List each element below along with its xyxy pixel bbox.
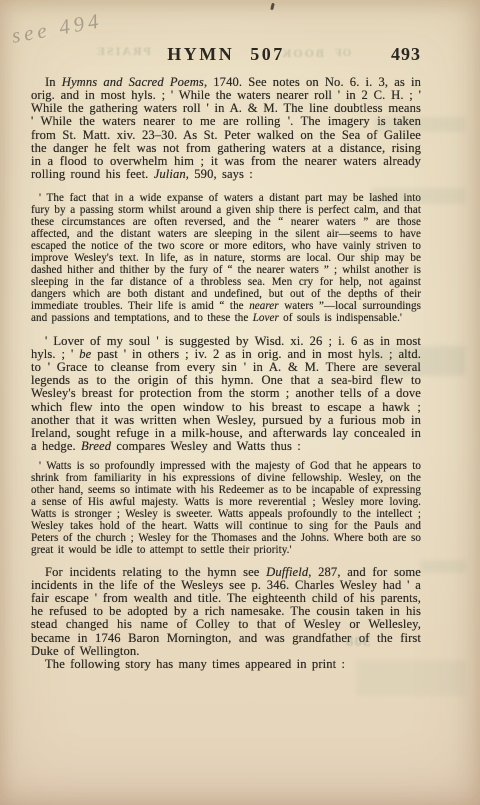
text-segment: compares Wesley and Watts thus : — [111, 439, 301, 453]
text-segment: Lover — [253, 312, 279, 324]
text-segment: In — [45, 75, 62, 89]
book-page-scan: PRAISE BOOK OF 508 see 494 HYMN 507 493 … — [0, 0, 480, 805]
text-segment: nearer — [249, 300, 278, 312]
paragraph-lover-of-my-soul: ' Lover of my soul ' is suggested by Wis… — [31, 335, 421, 453]
text-segment: ' The fact that in a wide expanse of wat… — [31, 192, 421, 312]
text-segment: Duffield — [266, 565, 308, 579]
pencil-annotation: see 494 — [10, 0, 162, 49]
text-segment: The following story has many times appea… — [45, 657, 345, 671]
text-segment: past ' in others ; iv. 2 as in orig. and… — [31, 347, 421, 453]
text-column: In Hymns and Sacred Poems, 1740. See not… — [31, 76, 421, 671]
paragraph-following-story: The following story has many times appea… — [31, 658, 421, 671]
page-number: 493 — [391, 44, 421, 65]
page-title: HYMN 507 — [31, 44, 421, 65]
text-segment: For incidents relating to the hymn see — [45, 565, 266, 579]
text-segment: of souls is indispensable.' — [279, 312, 402, 324]
text-segment: ' Watts is so profoundly impressed with … — [31, 460, 421, 556]
text-segment: Breed — [81, 439, 111, 453]
paragraph-breed-quote: ' Watts is so profoundly impressed with … — [31, 461, 421, 557]
paragraph-incidents: For incidents relating to the hymn see D… — [31, 566, 421, 658]
ink-speck — [270, 3, 275, 11]
text-segment: Julian — [154, 167, 186, 181]
paragraph-intro: In Hymns and Sacred Poems, 1740. See not… — [31, 76, 421, 181]
text-segment: , 1740. See notes on No. 6. i. 3, as in … — [31, 75, 421, 181]
text-segment: be — [79, 347, 91, 361]
paragraph-julian-quote: ' The fact that in a wide expanse of wat… — [31, 193, 421, 324]
show-through-artifact — [420, 560, 466, 573]
text-segment: , 590, says : — [186, 167, 253, 181]
text-segment: Hymns and Sacred Poems — [62, 75, 204, 89]
text-segment: , 287, and for some incidents in the lif… — [31, 565, 421, 658]
